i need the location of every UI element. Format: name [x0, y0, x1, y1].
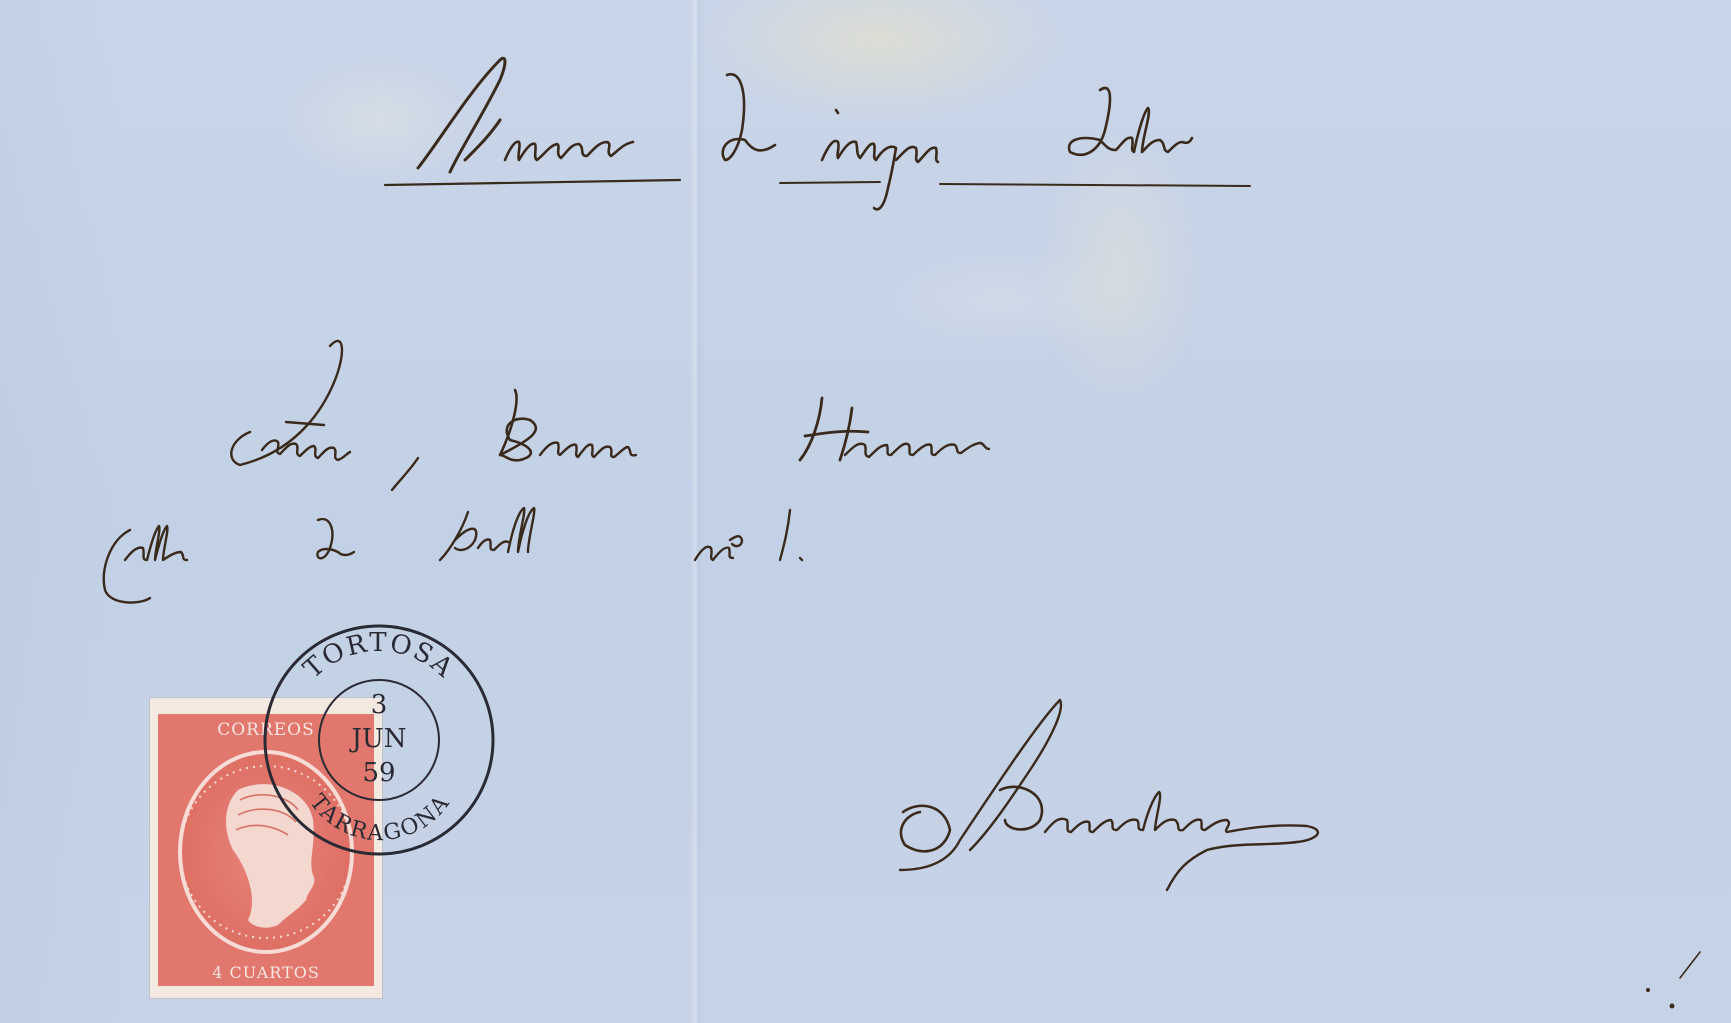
- postmark-ring-icon: TORTOSA TARRAGONA 3 JUN 59: [260, 621, 498, 859]
- postal-cover: Muestras de ningun valor Señores, Bauvie…: [0, 0, 1731, 1023]
- postmark-day: 3: [371, 690, 388, 720]
- postmark: TORTOSA TARRAGONA 3 JUN 59: [260, 621, 498, 859]
- svg-text:TARRAGONA: TARRAGONA: [304, 790, 455, 846]
- stamp-bottom-label: 4 CUARTOS: [158, 963, 374, 982]
- postmark-year: 59: [362, 758, 395, 788]
- postmark-town: TORTOSA: [298, 628, 460, 685]
- svg-text:TORTOSA: TORTOSA: [298, 628, 460, 685]
- postmark-month: JUN: [348, 724, 406, 754]
- postmark-province: TARRAGONA: [304, 790, 455, 846]
